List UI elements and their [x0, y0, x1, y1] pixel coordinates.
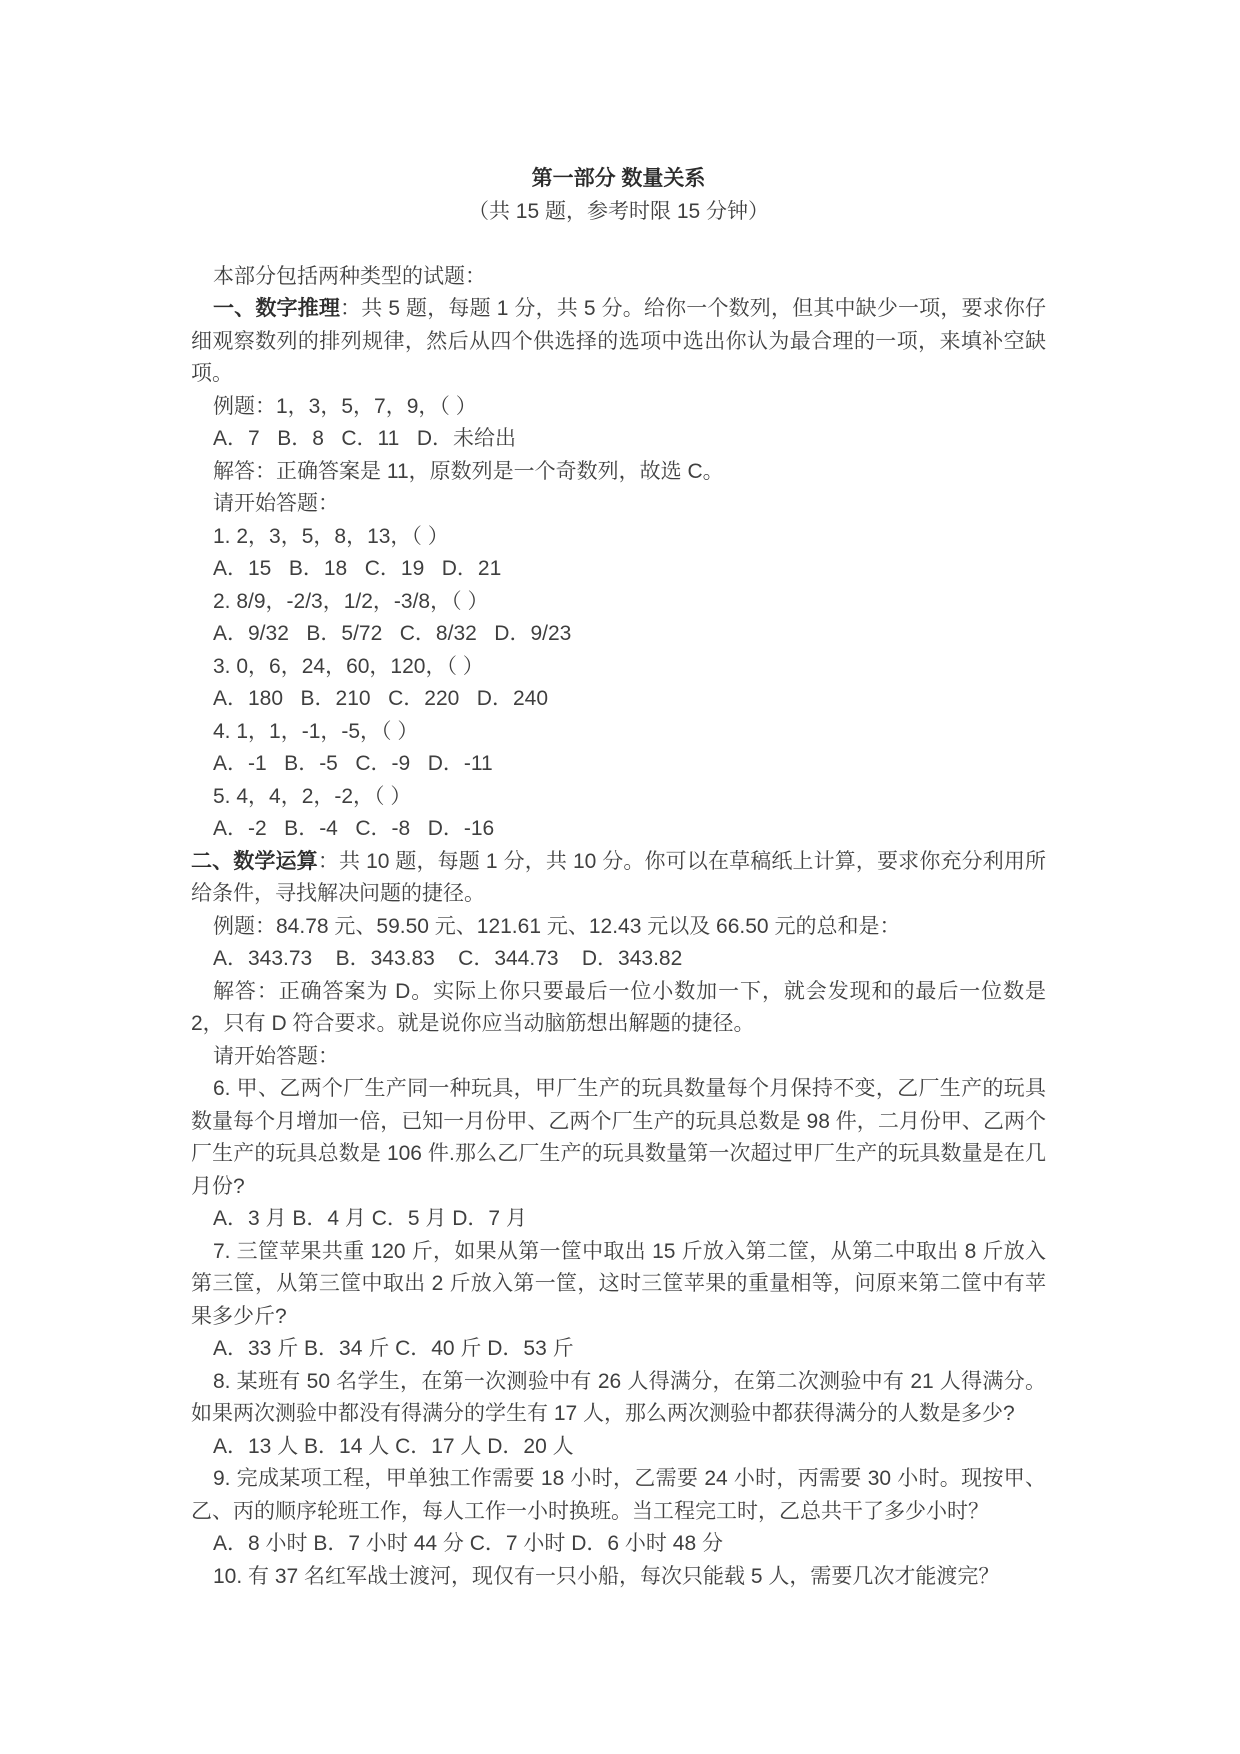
question-10-text: 10. 有 37 名红军战士渡河，现仅有一只小船，每次只能载 5 人，需要几次才…	[191, 1561, 1046, 1594]
page-title: 第一部分 数量关系	[191, 163, 1046, 196]
spacer	[191, 228, 1046, 261]
part2-heading-paragraph: 二、数学运算：共 10 题，每题 1 分，共 10 分。你可以在草稿纸上计算，要…	[191, 846, 1046, 911]
question-2-text: 2. 8/9，-2/3，1/2，-3/8，（ ）	[191, 586, 1046, 619]
part2-example-question: 例题：84.78 元、59.50 元、121.61 元、12.43 元以及 66…	[191, 911, 1046, 944]
part1-example-options: A．7 B．8 C．11 D．未给出	[191, 423, 1046, 456]
question-1-options: A．15 B．18 C．19 D．21	[191, 553, 1046, 586]
question-2-options: A．9/32 B．5/72 C．8/32 D．9/23	[191, 618, 1046, 651]
part2-example-options: A．343.73 B．343.83 C．344.73 D．343.82	[191, 943, 1046, 976]
question-6-options: A．3 月 B．4 月 C．5 月 D．7 月	[191, 1203, 1046, 1236]
part2-start-prompt: 请开始答题：	[191, 1041, 1046, 1074]
part1-start-prompt: 请开始答题：	[191, 488, 1046, 521]
question-7-text: 7. 三筐苹果共重 120 斤，如果从第一筐中取出 15 斤放入第二筐，从第二中…	[191, 1236, 1046, 1334]
question-6-text: 6. 甲、乙两个厂生产同一种玩具，甲厂生产的玩具数量每个月保持不变，乙厂生产的玩…	[191, 1073, 1046, 1203]
question-7-options: A．33 斤 B．34 斤 C．40 斤 D．53 斤	[191, 1333, 1046, 1366]
intro-paragraph: 本部分包括两种类型的试题：	[191, 261, 1046, 294]
question-4-options: A．-1 B．-5 C．-9 D．-11	[191, 748, 1046, 781]
question-3-options: A．180 B．210 C．220 D．240	[191, 683, 1046, 716]
part2-heading: 二、数学运算	[191, 850, 318, 873]
part1-example-question: 例题：1，3，5，7，9，（ ）	[191, 391, 1046, 424]
question-3-text: 3. 0，6，24，60，120，（ ）	[191, 651, 1046, 684]
part2-example-answer: 解答：正确答案为 D。实际上你只要最后一位小数加一下，就会发现和的最后一位数是 …	[191, 976, 1046, 1041]
question-5-options: A．-2 B．-4 C．-8 D．-16	[191, 813, 1046, 846]
question-5-text: 5. 4，4，2，-2，（ ）	[191, 781, 1046, 814]
question-4-text: 4. 1，1，-1，-5，（ ）	[191, 716, 1046, 749]
question-9-text: 9. 完成某项工程，甲单独工作需要 18 小时，乙需要 24 小时，丙需要 30…	[191, 1463, 1046, 1528]
exam-document-page: 第一部分 数量关系 （共 15 题，参考时限 15 分钟） 本部分包括两种类型的…	[0, 0, 1240, 1754]
page-subtitle: （共 15 题，参考时限 15 分钟）	[191, 196, 1046, 229]
question-9-options: A．8 小时 B．7 小时 44 分 C．7 小时 D．6 小时 48 分	[191, 1528, 1046, 1561]
part2-heading-desc: ：共 10 题，每题 1 分，共 10 分。你可以在草稿纸上计算，要求你充分利用…	[191, 850, 1046, 906]
part1-heading-paragraph: 一、数字推理：共 5 题，每题 1 分，共 5 分。给你一个数列，但其中缺少一项…	[191, 293, 1046, 391]
question-8-text: 8. 某班有 50 名学生，在第一次测验中有 26 人得满分，在第二次测验中有 …	[191, 1366, 1046, 1431]
part1-heading: 一、数字推理	[213, 297, 340, 320]
question-1-text: 1. 2，3，5，8，13，（ ）	[191, 521, 1046, 554]
question-8-options: A．13 人 B．14 人 C．17 人 D．20 人	[191, 1431, 1046, 1464]
part1-example-answer: 解答：正确答案是 11，原数列是一个奇数列，故选 C。	[191, 456, 1046, 489]
